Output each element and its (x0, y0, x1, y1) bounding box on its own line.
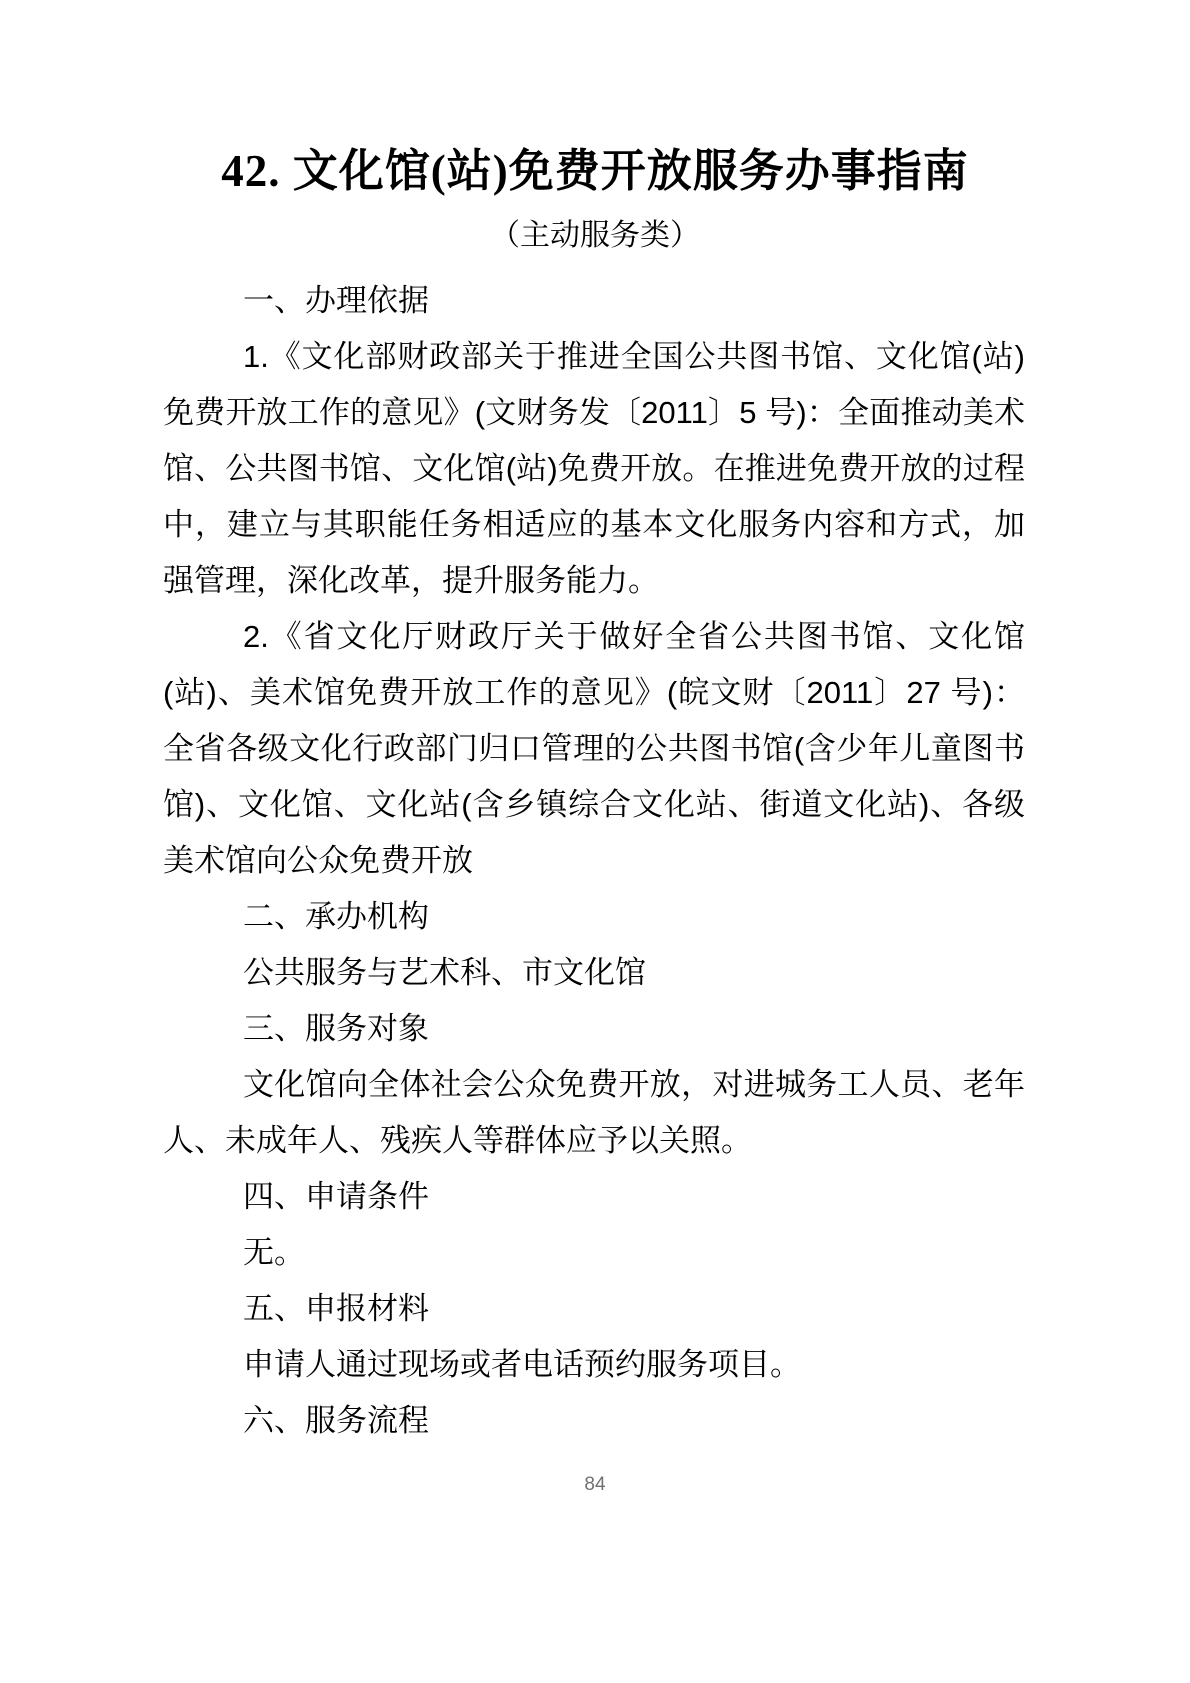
page-title: 42. 文化馆(站)免费开放服务办事指南 (80, 143, 1110, 199)
paragraph-basis-1: 1.《文化部财政部关于推进全国公共图书馆、文化馆(站)免费开放工作的意见》(文财… (163, 329, 1025, 609)
paragraph-target: 文化馆向全体社会公众免费开放，对进城务工人员、老年人、未成年人、残疾人等群体应予… (163, 1057, 1025, 1169)
paragraph-materials: 申请人通过现场或者电话预约服务项目。 (163, 1337, 1025, 1393)
paragraph-conditions: 无。 (163, 1225, 1025, 1281)
document-body: 一、办理依据 1.《文化部财政部关于推进全国公共图书馆、文化馆(站)免费开放工作… (163, 273, 1025, 1449)
section-heading-process: 六、服务流程 (163, 1393, 1025, 1449)
section-heading-materials: 五、申报材料 (163, 1281, 1025, 1337)
section-heading-agency: 二、承办机构 (163, 889, 1025, 945)
document-page: 42. 文化馆(站)免费开放服务办事指南 （主动服务类） 一、办理依据 1.《文… (0, 0, 1190, 1683)
section-heading-basis: 一、办理依据 (163, 273, 1025, 329)
section-heading-target: 三、服务对象 (163, 1001, 1025, 1057)
paragraph-basis-2: 2.《省文化厅财政厅关于做好全省公共图书馆、文化馆(站)、美术馆免费开放工作的意… (163, 609, 1025, 889)
paragraph-agency: 公共服务与艺术科、市文化馆 (163, 945, 1025, 1001)
page-subtitle: （主动服务类） (80, 215, 1110, 257)
section-heading-conditions: 四、申请条件 (163, 1169, 1025, 1225)
page-number: 84 (0, 1474, 1190, 1496)
